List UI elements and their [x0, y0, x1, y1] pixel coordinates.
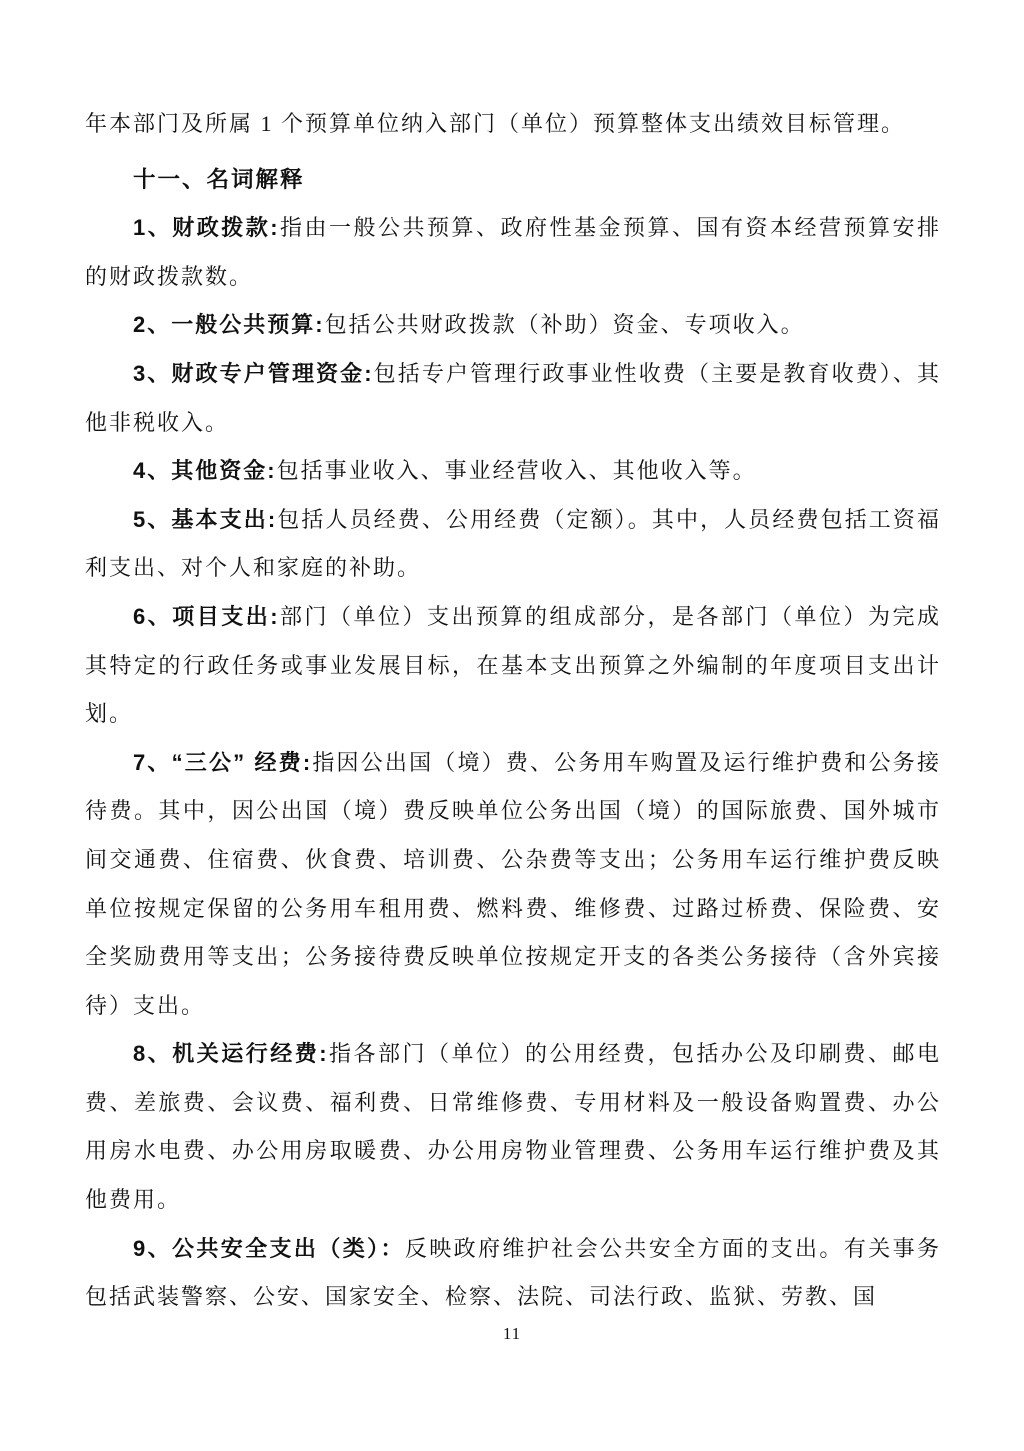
term-definition: 指因公出国（境）费、公务用车购置及运行维护费和公务接待费。其中，因公出国（境）费… [85, 750, 941, 1018]
term-label: 5、基本支出: [133, 507, 277, 532]
term-label: 9、公共安全支出（类）： [133, 1236, 405, 1261]
term-definition: 包括事业收入、事业经营收入、其他收入等。 [277, 458, 757, 483]
term-item: 6、项目支出:部门（单位）支出预算的组成部分，是各部门（单位）为完成其特定的行政… [85, 593, 941, 739]
document-body: 年本部门及所属 1 个预算单位纳入部门（单位）预算整体支出绩效目标管理。 十一、… [85, 100, 941, 1322]
term-item: 5、基本支出:包括人员经费、公用经费（定额）。其中，人员经费包括工资福利支出、对… [85, 496, 941, 593]
document-page: 年本部门及所属 1 个预算单位纳入部门（单位）预算整体支出绩效目标管理。 十一、… [0, 0, 1024, 1451]
term-item: 1、财政拨款:指由一般公共预算、政府性基金预算、国有资本经营预算安排的财政拨款数… [85, 204, 941, 301]
term-item: 9、公共安全支出（类）：反映政府维护社会公共安全方面的支出。有关事务包括武装警察… [85, 1225, 941, 1322]
term-definition: 包括公共财政拨款（补助）资金、专项收入。 [325, 312, 805, 337]
term-item: 2、一般公共预算:包括公共财政拨款（补助）资金、专项收入。 [85, 301, 941, 350]
term-item: 3、财政专户管理资金:包括专户管理行政事业性收费（主要是教育收费）、其他非税收入… [85, 350, 941, 447]
term-item: 7、“三公” 经费:指因公出国（境）费、公务用车购置及运行维护费和公务接待费。其… [85, 739, 941, 1031]
term-item: 8、机关运行经费:指各部门（单位）的公用经费，包括办公及印刷费、邮电费、差旅费、… [85, 1030, 941, 1224]
term-label: 7、“三公” 经费: [133, 750, 312, 775]
section-heading: 十一、名词解释 [85, 156, 941, 205]
term-label: 1、财政拨款: [133, 215, 280, 240]
term-label: 8、机关运行经费: [133, 1041, 329, 1066]
term-definition: 指各部门（单位）的公用经费，包括办公及印刷费、邮电费、差旅费、会议费、福利费、日… [85, 1041, 941, 1212]
term-label: 2、一般公共预算: [133, 312, 325, 337]
term-label: 6、项目支出: [133, 604, 280, 629]
page-number: 11 [0, 1322, 1024, 1346]
term-item: 4、其他资金:包括事业收入、事业经营收入、其他收入等。 [85, 447, 941, 496]
paragraph-continuation: 年本部门及所属 1 个预算单位纳入部门（单位）预算整体支出绩效目标管理。 [85, 100, 941, 149]
term-label: 4、其他资金: [133, 458, 277, 483]
terms-list: 1、财政拨款:指由一般公共预算、政府性基金预算、国有资本经营预算安排的财政拨款数… [85, 204, 941, 1322]
term-label: 3、财政专户管理资金: [133, 361, 374, 386]
